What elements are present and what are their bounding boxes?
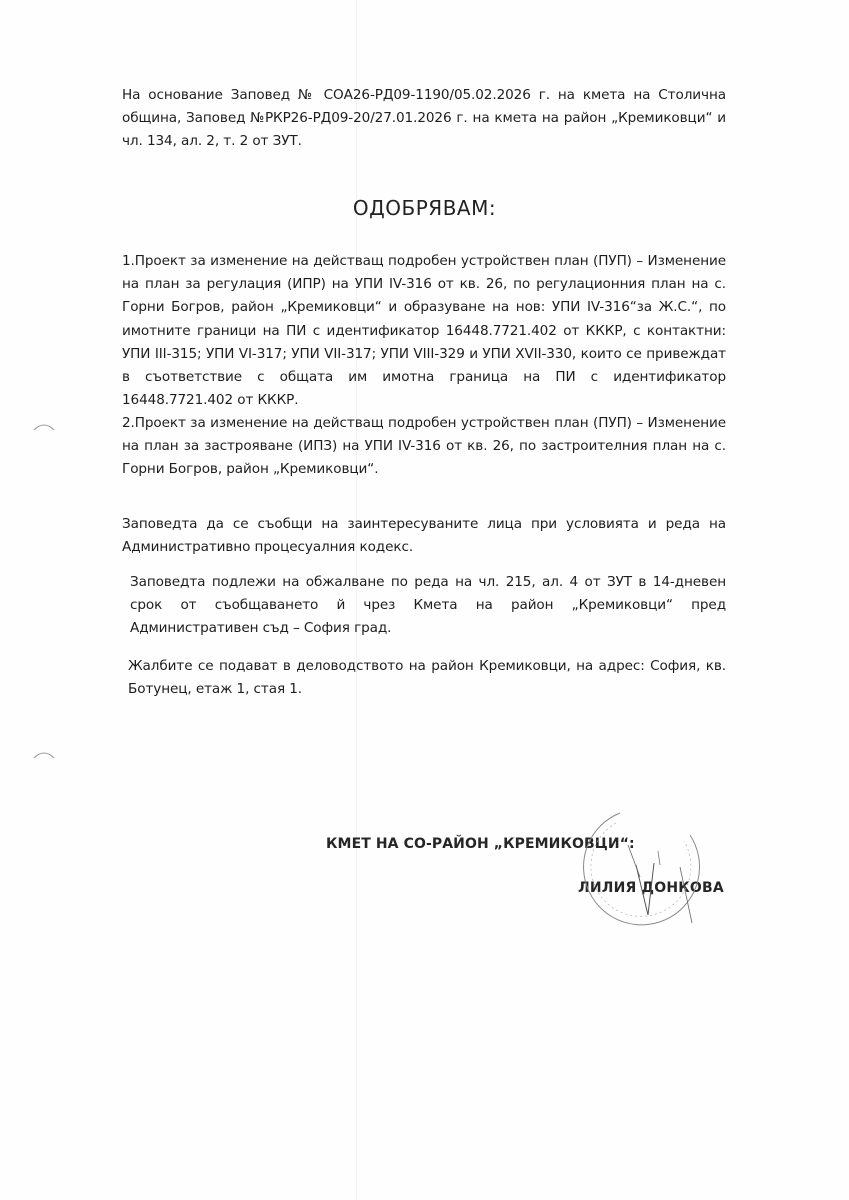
appeal-paragraph: Заповедта подлежи на обжалване по реда н… [130,571,726,641]
basis-paragraph: На основание Заповед № СОА26-РД09-1190/0… [122,84,726,154]
punch-hole-mark-icon [32,748,56,760]
signatory-title: КМЕТ НА СО-РАЙОН „КРЕМИКОВЦИ“: [326,836,635,852]
official-stamp-icon [580,805,710,935]
approval-item-1: 1.Проект за изменение на действащ подроб… [122,250,726,412]
punch-hole-mark-icon [32,420,56,432]
notification-paragraph: Заповедта да се съобщи на заинтересувани… [122,513,726,559]
approval-heading: ОДОБРЯВАМ: [0,196,849,220]
complaints-paragraph: Жалбите се подават в деловодството на ра… [128,655,726,701]
approval-item-2: 2.Проект за изменение на действащ подроб… [122,412,726,482]
document-page: На основание Заповед № СОА26-РД09-1190/0… [0,0,849,1200]
signatory-name: ЛИЛИЯ ДОНКОВА [578,880,724,896]
